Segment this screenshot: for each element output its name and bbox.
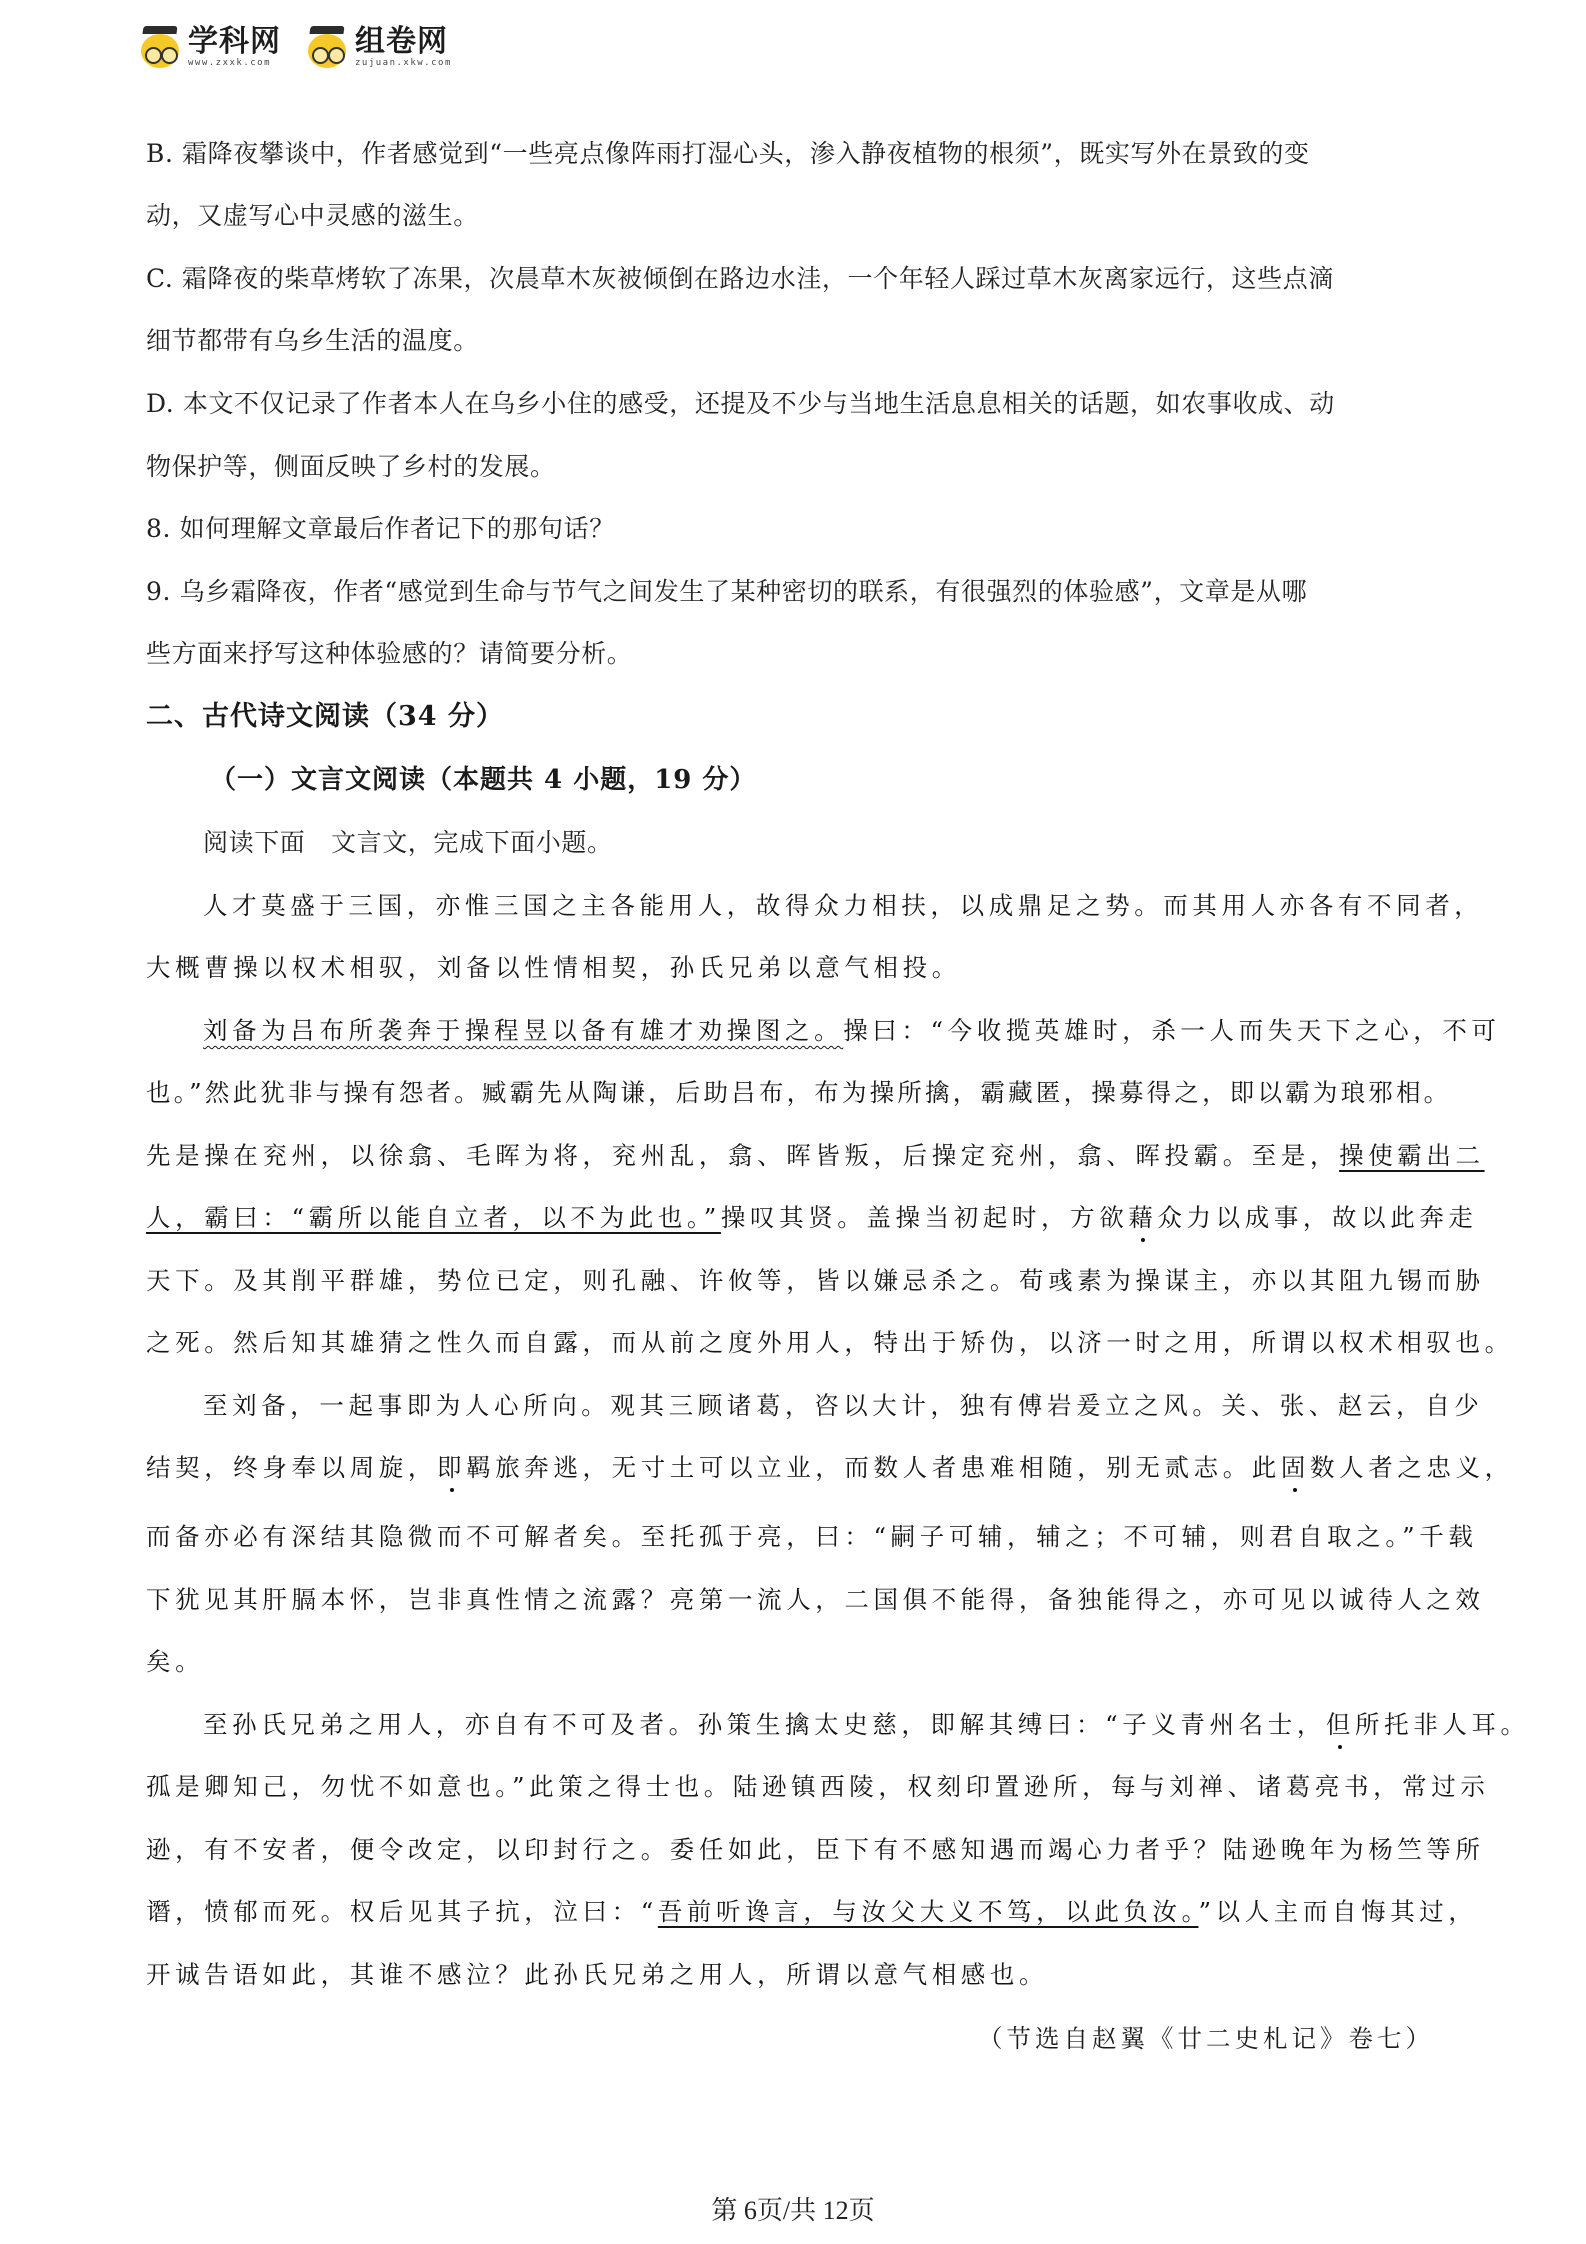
passage-p3-line-3: 而备亦必有深结其隐微而不可解者矣。至托孤于亮，曰：“嗣子可辅，辅之；不可辅，则君… xyxy=(146,1520,1478,1554)
option-c-line-1: C. 霜降夜的柴草烤软了冻果，次晨草木灰被倾倒在路边水洼，一个年轻人踩过草木灰离… xyxy=(146,262,1334,296)
page-indicator: 第 6页/共 12页 xyxy=(0,2190,1586,2227)
emphasis-dot-char: 即 xyxy=(437,1453,466,1482)
option-c-line-2: 细节都带有乌乡生活的温度。 xyxy=(146,324,479,358)
wavy-underlined-sentence: 刘备为吕布所袭奔于操程昱以备有雄才劝操图之。 xyxy=(203,1016,843,1045)
passage-p1-line-1: 人才莫盛于三国，亦惟三国之主各能用人，故得众力相扶，以成鼎足之势。而其用人亦各有… xyxy=(203,889,1483,923)
option-b-line-2: 动，又虚写心中灵感的滋生。 xyxy=(146,199,479,233)
instruction: 阅读下面 文言文，完成下面小题。 xyxy=(203,826,613,860)
passage-p3-line-4: 下犹见其肝膈本怀，岂非真性情之流露？亮第一流人，二国俱不能得，备独能得之，亦可见… xyxy=(146,1583,1485,1617)
header-logos: 学科网 www.zxxk.com 组卷网 zujuan.xkw.com xyxy=(140,22,452,72)
emphasis-dot-char: 固 xyxy=(1281,1453,1310,1482)
passage-p2-line-1: 刘备为吕布所袭奔于操程昱以备有雄才劝操图之。操曰：“今收揽英雄时，杀一人而失天下… xyxy=(203,1014,1501,1048)
mascot-icon xyxy=(140,26,182,68)
section-subtitle: （一）文言文阅读（本题共 4 小题，19 分） xyxy=(210,763,756,797)
passage-p3-line-5: 矣。 xyxy=(146,1645,204,1679)
passage-p3-line-1: 至刘备，一起事即为人心所向。观其三顾诸葛，咨以大计，独有傅岩爰立之风。关、张、赵… xyxy=(203,1389,1483,1423)
logo-zxxk: 学科网 www.zxxk.com xyxy=(140,26,281,68)
passage-p4-line-1: 至孙氏兄弟之用人，亦自有不可及者。孙策生擒太史慈，即解其缚曰：“子义青州名士，但… xyxy=(203,1708,1530,1742)
option-d-line-2: 物保护等，侧面反映了乡村的发展。 xyxy=(146,450,556,484)
emphasis-dot-char: 藉 xyxy=(1128,1203,1157,1232)
underlined-sentence: 操使霸出二 xyxy=(1339,1141,1485,1170)
logo-name: 组卷网 xyxy=(355,27,452,57)
passage-p4-line-3: 逊，有不安者，便令改定，以印封行之。委任如此，臣下有不感知遇而竭心力者乎？陆逊晚… xyxy=(146,1833,1485,1867)
underlined-sentence: 人，霸曰：“霸所以能自立者，以不为此也。” xyxy=(146,1203,721,1232)
option-d-line-1: D. 本文不仅记录了作者本人在乌乡小住的感受，还提及不少与当地生活息息相关的话题… xyxy=(146,387,1335,421)
logo-zujuan: 组卷网 zujuan.xkw.com xyxy=(307,26,452,68)
underlined-sentence: 吾前听谗言，与汝父大义不笃，以此负汝。 xyxy=(658,1897,1199,1926)
logo-name: 学科网 xyxy=(188,27,281,57)
logo-url: zujuan.xkw.com xyxy=(355,59,452,68)
passage-p4-line-2: 孤是卿知己，勿忧不如意也。”此策之得士也。陆逊镇西陵，权刻印置逊所，每与刘禅、诸… xyxy=(146,1770,1489,1804)
passage-p1-line-2: 大概曹操以权术相驭，刘备以性情相契，孙氏兄弟以意气相投。 xyxy=(146,951,961,985)
question-9-line-1: 9. 乌乡霜降夜，作者“感觉到生命与节气之间发生了某种密切的联系，有很强烈的体验… xyxy=(146,575,1307,609)
mascot-icon xyxy=(307,26,349,68)
passage-p4-line-4: 谮，愤郁而死。权后见其子抗，泣曰：“吾前听谗言，与汝父大义不笃，以此负汝。”以人… xyxy=(146,1895,1478,1929)
question-8: 8. 如何理解文章最后作者记下的那句话？ xyxy=(146,512,615,546)
section-title: 二、古代诗文阅读（34 分） xyxy=(146,700,504,734)
passage-p4-line-5: 开诚告语如此，其谁不感泣？此孙氏兄弟之用人，所谓以意气相感也。 xyxy=(146,1958,1048,1992)
emphasis-dot-char: 但 xyxy=(1326,1710,1355,1739)
logo-url: www.zxxk.com xyxy=(188,59,281,68)
passage-p2-line-3: 先是操在兖州，以徐翕、毛晖为将，兖州乱，翕、晖皆叛，后操定兖州，翕、晖投霸。至是… xyxy=(146,1139,1485,1173)
passage-p2-line-5: 天下。及其削平群雄，势位已定，则孔融、许攸等，皆以嫌忌杀之。荀彧素为操谋主，亦以… xyxy=(146,1264,1485,1298)
passage-p2-line-6: 之死。然后知其雄猜之性久而自露，而从前之度外用人，特出于矫伪，以济一时之用，所谓… xyxy=(146,1326,1514,1360)
passage-p2-line-2: 也。”然此犹非与操有怨者。臧霸先从陶谦，后助吕布，布为操所擒，霸藏匿，操募得之，… xyxy=(146,1076,1451,1110)
question-9-line-2: 些方面来抒写这种体验感的？请简要分析。 xyxy=(146,637,632,671)
passage-p2-line-4: 人，霸曰：“霸所以能自立者，以不为此也。”操叹其贤。盖操当初起时，方欲藉众力以成… xyxy=(146,1201,1478,1235)
passage-source: （节选自赵翼《廿二史札记》卷七） xyxy=(978,2020,1434,2055)
passage-p3-line-2: 结契，终身奉以周旋，即羁旅奔逃，无寸土可以立业，而数人者患难相随，别无贰志。此固… xyxy=(146,1451,1514,1485)
option-b-line-1: B. 霜降夜攀谈中，作者感觉到“一些亮点像阵雨打湿心头，渗入静夜植物的根须”，既… xyxy=(146,137,1310,171)
